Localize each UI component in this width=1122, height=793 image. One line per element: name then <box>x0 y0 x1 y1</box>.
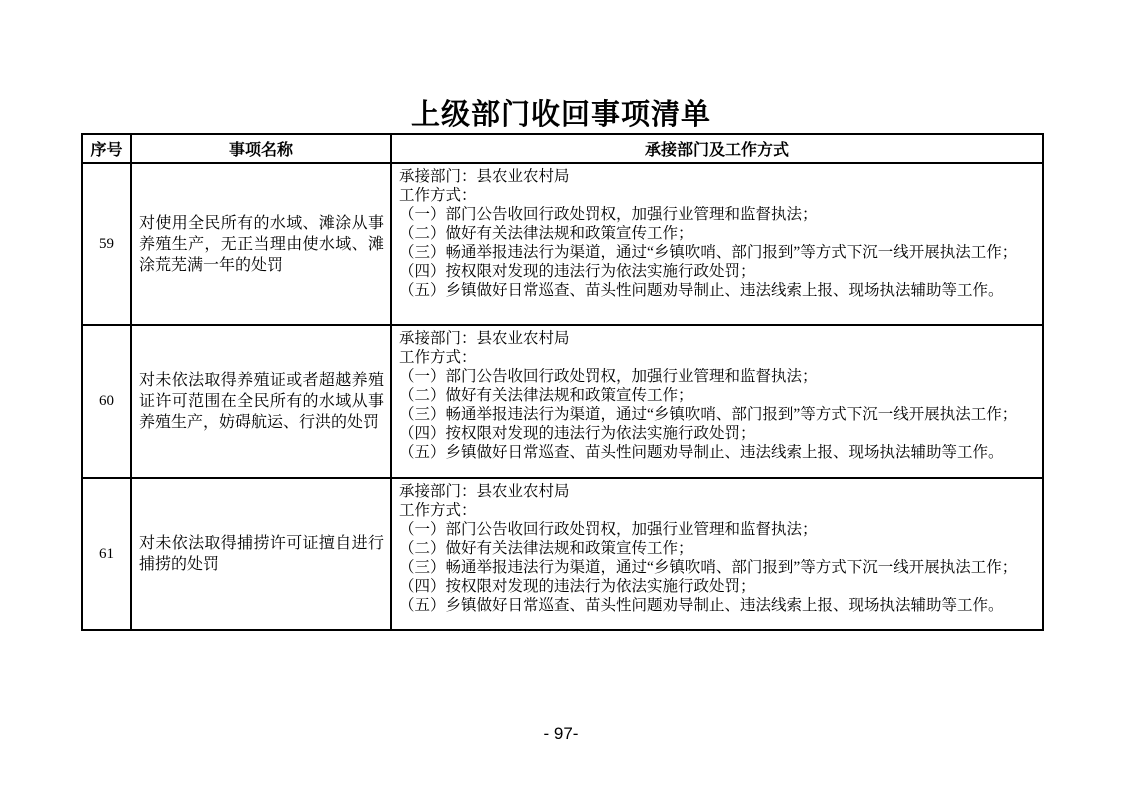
method-item-1: （一）部门公告收回行政处罚权，加强行业管理和监督执法； <box>399 367 1034 386</box>
work-method-label: 工作方式： <box>399 501 1034 520</box>
method-item-3: （三）畅通举报违法行为渠道，通过“乡镇吹哨、部门报到”等方式下沉一线开展执法工作… <box>399 243 1034 262</box>
header-department-method: 承接部门及工作方式 <box>391 134 1043 163</box>
method-item-1: （一）部门公告收回行政处罚权，加强行业管理和监督执法； <box>399 205 1034 224</box>
method-item-4: （四）按权限对发现的违法行为依法实施行政处罚； <box>399 577 1034 596</box>
header-item-name: 事项名称 <box>131 134 391 163</box>
work-method-label: 工作方式： <box>399 186 1034 205</box>
method-item-3: （三）畅通举报违法行为渠道，通过“乡镇吹哨、部门报到”等方式下沉一线开展执法工作… <box>399 405 1034 424</box>
document-page: 上级部门收回事项清单 序号 事项名称 承接部门及工作方式 59 对使用全民所有的… <box>0 0 1122 793</box>
row-number: 61 <box>82 478 131 630</box>
item-name: 对未依法取得养殖证或者超越养殖证许可范围在全民所有的水域从事养殖生产，妨碍航运、… <box>131 325 391 478</box>
method-item-4: （四）按权限对发现的违法行为依法实施行政处罚； <box>399 424 1034 443</box>
page-title: 上级部门收回事项清单 <box>0 92 1122 133</box>
method-item-3: （三）畅通举报违法行为渠道，通过“乡镇吹哨、部门报到”等方式下沉一线开展执法工作… <box>399 558 1034 577</box>
work-method-label: 工作方式： <box>399 348 1034 367</box>
item-name: 对未依法取得捕捞许可证擅自进行捕捞的处罚 <box>131 478 391 630</box>
table-row-61: 61 对未依法取得捕捞许可证擅自进行捕捞的处罚 承接部门：县农业农村局 工作方式… <box>82 478 1043 630</box>
method-item-5: （五）乡镇做好日常巡查、苗头性问题劝导制止、违法线索上报、现场执法辅助等工作。 <box>399 281 1034 300</box>
row-number: 59 <box>82 163 131 325</box>
table-row-59: 59 对使用全民所有的水域、滩涂从事养殖生产，无正当理由使水域、滩涂荒芜满一年的… <box>82 163 1043 325</box>
department-line: 承接部门：县农业农村局 <box>399 329 1034 348</box>
method-cell: 承接部门：县农业农村局 工作方式： （一）部门公告收回行政处罚权，加强行业管理和… <box>391 163 1043 325</box>
method-cell: 承接部门：县农业农村局 工作方式： （一）部门公告收回行政处罚权，加强行业管理和… <box>391 478 1043 630</box>
items-table: 序号 事项名称 承接部门及工作方式 59 对使用全民所有的水域、滩涂从事养殖生产… <box>81 133 1044 631</box>
table-header-row: 序号 事项名称 承接部门及工作方式 <box>82 134 1043 163</box>
department-line: 承接部门：县农业农村局 <box>399 482 1034 501</box>
method-item-1: （一）部门公告收回行政处罚权，加强行业管理和监督执法； <box>399 520 1034 539</box>
method-item-2: （二）做好有关法律法规和政策宣传工作； <box>399 224 1034 243</box>
item-name: 对使用全民所有的水域、滩涂从事养殖生产，无正当理由使水域、滩涂荒芜满一年的处罚 <box>131 163 391 325</box>
method-item-5: （五）乡镇做好日常巡查、苗头性问题劝导制止、违法线索上报、现场执法辅助等工作。 <box>399 596 1034 615</box>
header-serial-number: 序号 <box>82 134 131 163</box>
table-row-60: 60 对未依法取得养殖证或者超越养殖证许可范围在全民所有的水域从事养殖生产，妨碍… <box>82 325 1043 478</box>
method-item-2: （二）做好有关法律法规和政策宣传工作； <box>399 386 1034 405</box>
page-number: - 97- <box>0 724 1122 744</box>
method-item-2: （二）做好有关法律法规和政策宣传工作； <box>399 539 1034 558</box>
method-item-5: （五）乡镇做好日常巡查、苗头性问题劝导制止、违法线索上报、现场执法辅助等工作。 <box>399 443 1034 462</box>
method-cell: 承接部门：县农业农村局 工作方式： （一）部门公告收回行政处罚权，加强行业管理和… <box>391 325 1043 478</box>
row-number: 60 <box>82 325 131 478</box>
department-line: 承接部门：县农业农村局 <box>399 167 1034 186</box>
method-item-4: （四）按权限对发现的违法行为依法实施行政处罚； <box>399 262 1034 281</box>
